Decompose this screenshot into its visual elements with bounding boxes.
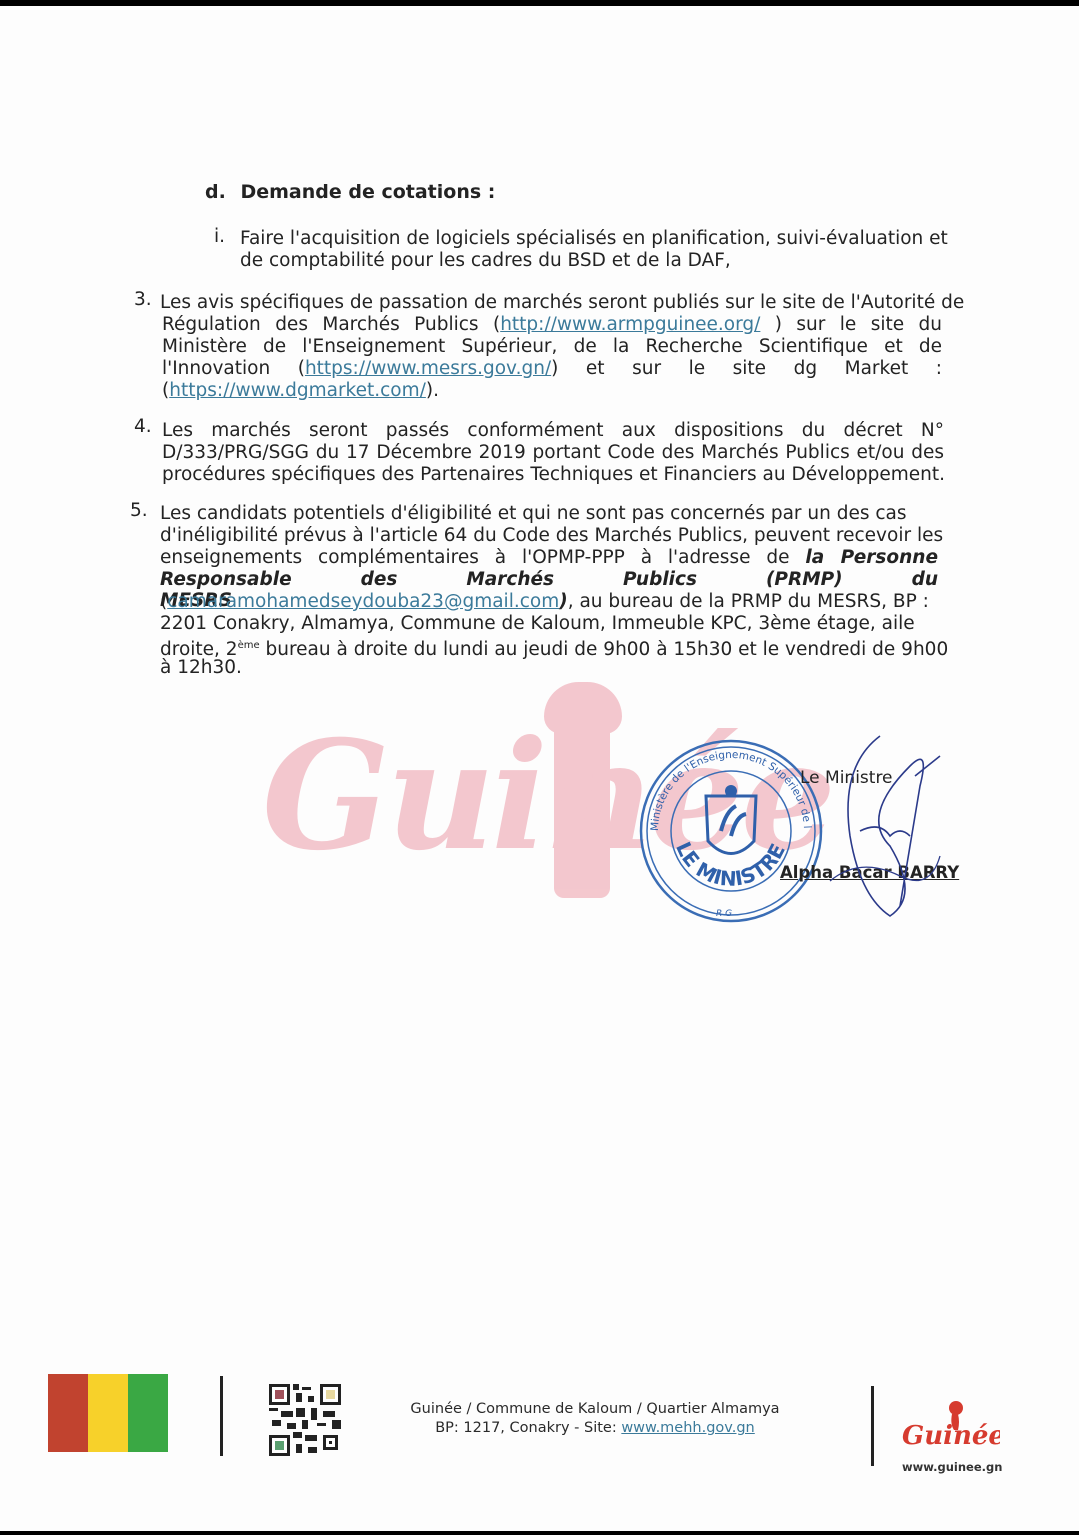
para-3-line1: Les avis spécifiques de passation de mar…	[160, 292, 964, 313]
para-3-line4: l'Innovation (https://www.mesrs.gov.gn/)…	[162, 358, 942, 379]
para-5-line5-post: , au bureau de la PRMP du MESRS, BP :	[568, 591, 929, 612]
svg-text:R G: R G	[716, 909, 732, 919]
item-i-line2: de comptabilité pour les cadres du BSD e…	[240, 250, 731, 271]
para-4-number: 4.	[134, 416, 152, 437]
para-5-line2: d'inéligibilité prévus à l'article 64 du…	[160, 525, 943, 546]
footer-divider-left	[220, 1376, 223, 1456]
para-3-line2-pre: Régulation des Marchés Publics (	[162, 314, 500, 335]
guinee-site-url[interactable]: www.guinee.gn	[902, 1460, 1002, 1474]
section-d-title: Demande de cotations :	[240, 181, 495, 203]
para-3-line4-pre: l'Innovation (	[162, 358, 305, 379]
svg-text:LE MINISTRE: LE MINISTRE	[671, 838, 790, 891]
para-3-line3: Ministère de l'Enseignement Supérieur, d…	[162, 336, 942, 357]
para-5-line5-bold: )	[559, 591, 567, 612]
para-5-line3-pre: enseignements complémentaires à l'OPMP-P…	[160, 547, 789, 568]
flag-red-band	[48, 1374, 88, 1452]
mehh-site-link[interactable]: www.mehh.gov.gn	[621, 1420, 754, 1436]
qr-code-icon[interactable]	[269, 1384, 341, 1456]
para-3-line5-post: ).	[426, 380, 439, 401]
section-d-marker: d.	[205, 181, 226, 203]
para-5-number: 5.	[130, 500, 148, 521]
para-5-line7: droite, 2ème bureau à droite du lundi au…	[160, 635, 948, 660]
para-5-line3: enseignements complémentaires à l'OPMP-P…	[160, 547, 938, 568]
para-5-line7-sup: ème	[238, 640, 260, 651]
armp-link[interactable]: http://www.armpguinee.org/	[500, 314, 760, 335]
ministry-stamp-icon: Ministère de l'Enseignement Supérieur de…	[636, 736, 826, 926]
para-5-line1: Les candidats potentiels d'éligibilité e…	[160, 503, 907, 524]
para-3-line5: (https://www.dgmarket.com/).	[162, 380, 439, 401]
para-3-line2: Régulation des Marchés Publics (http://w…	[162, 314, 942, 335]
section-d-heading: d. Demande de cotations :	[205, 182, 495, 203]
para-5-line8: à 12h30.	[160, 657, 242, 678]
prmp-email-link[interactable]: camaramohamedseydouba23@gmail.com	[167, 591, 559, 612]
para-5-line7-post: bureau à droite du lundi au jeudi de 9h0…	[260, 639, 949, 660]
footer-address: Guinée / Commune de Kaloum / Quartier Al…	[380, 1400, 810, 1438]
guinea-flag-icon	[48, 1374, 168, 1452]
para-3-number: 3.	[134, 289, 152, 310]
item-i-line1: Faire l'acquisition de logiciels spécial…	[240, 228, 945, 249]
footer-divider-right	[871, 1386, 874, 1466]
guinee-watermark: Guinée	[262, 696, 682, 906]
para-3-line4-post: ) et sur le site dg Market :	[551, 358, 942, 379]
para-4-line3: procédures spécifiques des Partenaires T…	[162, 464, 945, 485]
para-4-line2: D/333/PRG/SGG du 17 Décembre 2019 portan…	[162, 442, 944, 463]
item-i-marker: i.	[214, 226, 225, 247]
footer-address-line2: BP: 1217, Conakry - Site: www.mehh.gov.g…	[380, 1419, 810, 1438]
guinee-brand-logo-icon[interactable]: Guinée	[900, 1400, 1000, 1450]
svg-text:Guinée: Guinée	[902, 1421, 1000, 1450]
document-page: Guinée d. Demande de cotations : i. Fair…	[0, 6, 1079, 1531]
handwritten-signature-icon	[820, 726, 950, 926]
bottom-frame-bar	[0, 1531, 1079, 1535]
para-5-line6: 2201 Conakry, Almamya, Commune de Kaloum…	[160, 613, 915, 634]
footer-address-line1: Guinée / Commune de Kaloum / Quartier Al…	[380, 1400, 810, 1419]
para-4-line1: Les marchés seront passés conformément a…	[162, 420, 944, 441]
flag-yellow-band	[88, 1374, 128, 1452]
mesrs-link[interactable]: https://www.mesrs.gov.gn/	[305, 358, 551, 379]
flag-green-band	[128, 1374, 168, 1452]
para-5-line5: (camaramohamedseydouba23@gmail.com), au …	[160, 591, 929, 612]
para-3-line2-post: ) sur le site du	[760, 314, 942, 335]
footer-address-line2-pre: BP: 1217, Conakry - Site:	[435, 1420, 621, 1436]
para-5-line3-bold: la Personne	[805, 547, 938, 568]
dgmarket-link[interactable]: https://www.dgmarket.com/	[169, 380, 426, 401]
